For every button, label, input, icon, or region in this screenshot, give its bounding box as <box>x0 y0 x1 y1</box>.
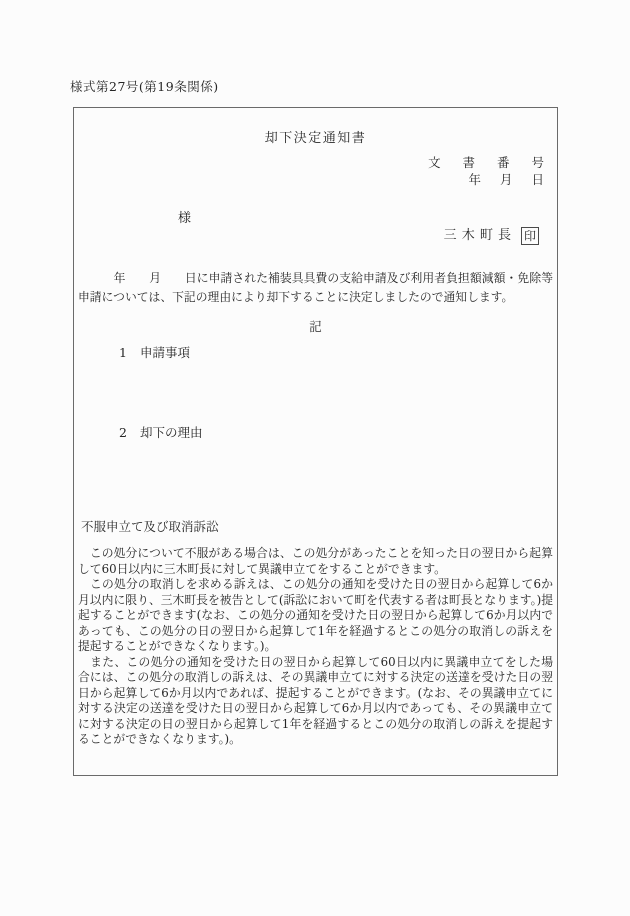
item-number: 1 <box>119 345 127 360</box>
item-label: 却下の理由 <box>140 425 203 440</box>
item-label: 申請事項 <box>140 345 190 360</box>
document-page: 様式第27号(第19条関係) 却下決定通知書 文 書 番 号 年 月 日 様 三… <box>0 0 630 916</box>
list-item-application: 1申請事項 <box>78 345 553 361</box>
appeal-paragraph: また、この処分の通知を受けた日の翌日から起算して60日以内に異議申立てをした場合… <box>78 655 553 748</box>
appeal-section-heading: 不服申立て及び取消訴訟 <box>78 519 553 535</box>
appeal-paragraph: この処分の取消しを求める訴えは、この処分の通知を受けた日の翌日から起算して6か月… <box>78 577 553 655</box>
notice-body-paragraph: 年 月 日に申請された補装具具費の支給申請及び利用者負担額減額・免除等申請につい… <box>78 269 553 307</box>
form-number-label: 様式第27号(第19条関係) <box>70 79 219 95</box>
issuer-name: 三 木 町 長 <box>444 228 511 243</box>
seal-mark: 印 <box>521 227 539 245</box>
list-item-rejection-reason: 2却下の理由 <box>78 425 553 441</box>
item-number: 2 <box>119 425 127 440</box>
appeal-section: この処分について不服がある場合は、この処分があったことを知った日の翌日から起算し… <box>78 546 553 748</box>
appeal-paragraph: この処分について不服がある場合は、この処分があったことを知った日の翌日から起算し… <box>78 546 553 577</box>
notice-box: 却下決定通知書 文 書 番 号 年 月 日 様 三 木 町 長印 年 月 日に申… <box>73 107 558 776</box>
issuer-row: 三 木 町 長印 <box>78 227 553 245</box>
addressee-honorific: 様 <box>78 211 553 227</box>
document-date-label: 年 月 日 <box>78 171 544 188</box>
notice-title: 却下決定通知書 <box>78 131 553 147</box>
record-marker: 記 <box>78 319 553 335</box>
document-number-label: 文 書 番 号 <box>78 154 544 171</box>
document-number-block: 文 書 番 号 年 月 日 <box>78 154 553 188</box>
